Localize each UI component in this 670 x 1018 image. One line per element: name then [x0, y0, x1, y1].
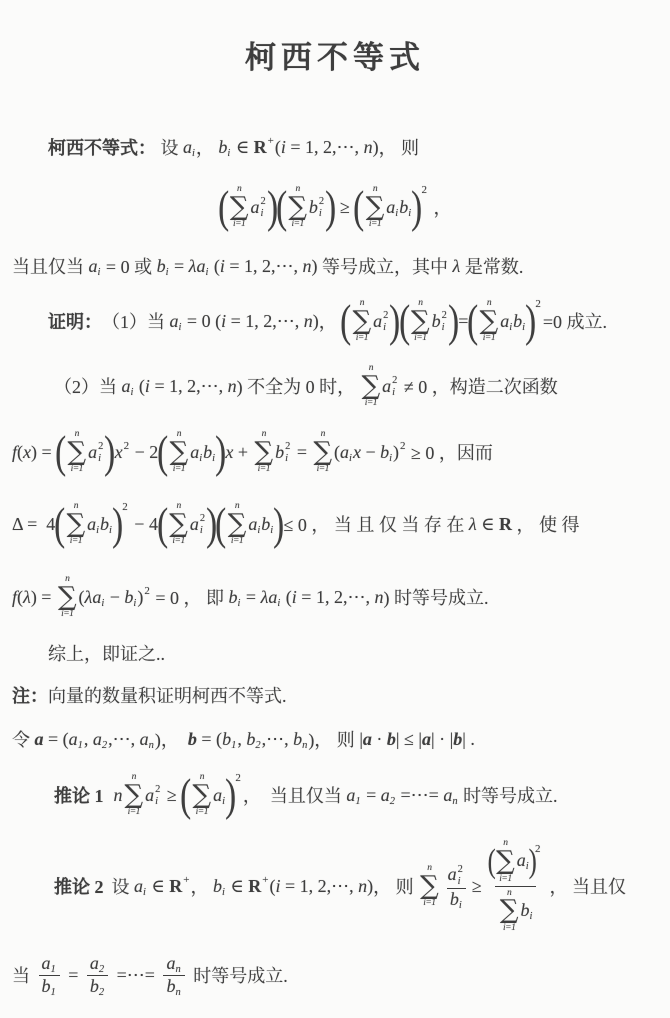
statement-line: 柯西不等式： 设 ai， bi ∈ R+(i = 1, 2,⋯, n)， 则: [12, 123, 658, 171]
text-run: （2）当: [54, 373, 122, 399]
subscript: i: [529, 911, 532, 923]
text-run: 设: [112, 873, 135, 899]
vector-form: 令 a = (a1, a2,⋯, an)， b = (b1, b2,⋯, bn)…: [12, 715, 658, 763]
text-run: = (: [44, 729, 69, 750]
summation-symbol: n∑i=1: [362, 363, 381, 410]
text-run: | .: [462, 729, 475, 750]
fraction: a1b1: [39, 953, 60, 998]
text-run: ， 则: [379, 134, 420, 160]
subscript: i: [131, 387, 134, 398]
math-variable: a: [90, 954, 99, 974]
text-run: =0 成立.: [543, 308, 607, 334]
math-variable: b: [309, 197, 318, 218]
text-run: (: [134, 376, 145, 397]
text-run: )，: [155, 726, 188, 752]
subscript: i: [395, 208, 398, 219]
summation-symbol: n∑i=1: [67, 501, 86, 548]
big-paren-left: (: [399, 303, 410, 340]
text-run: 向量的数量积证明柯西不等式.: [48, 682, 287, 708]
equality-condition: 当且仅当 ai = 0 或 bi = λai (i = 1, 2,⋯, n) 等…: [12, 243, 658, 289]
corollary-2-continued: 当 a1b1 = a2b2 =⋯= anbn 时等号成立.: [12, 945, 658, 1005]
main-inequality: (n∑i=1a2i)(n∑i=1b2i) ≥ (n∑i=1aibi)2 ，: [12, 171, 658, 243]
superscript: +: [268, 135, 274, 147]
text-run: (: [209, 256, 220, 277]
text-run: 柯西不等式：: [48, 134, 156, 160]
subscript: n: [175, 964, 180, 976]
text-run: 时等号成立.: [459, 782, 558, 808]
math-variable: a: [134, 876, 143, 897]
math-variable: n: [114, 785, 123, 806]
text-run: ): [393, 442, 399, 463]
text-run: ， 当且仅当: [243, 782, 347, 808]
text-run: =⋯=: [396, 785, 443, 806]
document-page: 柯西不等式 柯西不等式： 设 ai， bi ∈ R+(i = 1, 2,⋯, n…: [0, 0, 670, 1018]
superscript: 2: [144, 585, 150, 597]
big-paren-left: (: [216, 506, 227, 543]
sub-sup-stack: 2i: [392, 375, 397, 399]
big-paren-left: (: [180, 777, 191, 814]
text-run: 是常数.: [460, 253, 523, 279]
math-variable: b: [42, 977, 51, 997]
text-run: ≥ 0 ，因而: [407, 439, 493, 465]
superscript: 2: [400, 440, 406, 452]
text-run: ,: [84, 729, 93, 750]
summation-symbol: n∑i=1: [255, 429, 274, 476]
subscript: 1: [51, 987, 56, 999]
math-variable: x: [225, 442, 233, 463]
text-run: = 0 (: [182, 311, 221, 332]
bold-symbol: R: [169, 876, 182, 897]
text-run: 令: [12, 726, 35, 752]
math-variable: n: [303, 256, 312, 277]
text-run: = 0 ， 即: [151, 584, 229, 610]
text-run: − 2: [130, 442, 158, 463]
summation-symbol: n∑i=1: [288, 184, 307, 231]
text-run: = 0 或: [101, 253, 156, 279]
big-paren-left: (: [487, 848, 495, 875]
math-variable: x: [115, 442, 123, 463]
math-variable: a: [340, 442, 349, 463]
math-variable: b: [246, 729, 255, 750]
summation-symbol: n∑i=1: [366, 184, 385, 231]
summation-symbol: n∑i=1: [125, 772, 144, 819]
math-variable: a: [89, 256, 98, 277]
math-variable: x: [23, 442, 31, 463]
paren-exponent: 2: [235, 772, 241, 784]
text-run: −: [361, 442, 380, 463]
sub-sup-stack: 2i: [442, 310, 447, 334]
text-run: = 1, 2,⋯,: [226, 311, 304, 332]
text-run: ≥: [335, 197, 354, 218]
math-variable: b: [275, 442, 284, 463]
subscript: n: [149, 740, 154, 751]
text-run: 注：: [12, 682, 48, 708]
text-run: =: [170, 256, 189, 277]
math-variable: b: [213, 876, 222, 897]
math-variable: b: [157, 256, 166, 277]
sub-sup-stack: 2i: [98, 441, 103, 465]
big-paren-left: (: [157, 506, 168, 543]
text-run: 推论 2: [54, 873, 104, 899]
text-run: 当: [12, 962, 35, 988]
math-variable: n: [358, 876, 367, 897]
sub-sup-stack: 2i: [383, 310, 388, 334]
big-paren-left: (: [218, 189, 229, 226]
discriminant: Δ = 4(n∑i=1aibi)2 − 4(n∑i=1a2i)(n∑i=1aib…: [12, 485, 658, 563]
text-run: ) =: [31, 442, 56, 463]
text-run: ) 时等号成立.: [383, 584, 488, 610]
math-variable: a: [69, 729, 78, 750]
fraction: a2ibi: [445, 862, 468, 911]
big-paren-right: ): [273, 506, 284, 543]
math-variable: a: [88, 442, 97, 463]
text-run: =: [241, 587, 260, 608]
corollary-2: 推论 2设 ai ∈ R+， bi ∈ R+(i = 1, 2,⋯, n)， 则…: [12, 827, 658, 945]
subscript: 2: [255, 740, 260, 751]
text-run: ∈: [226, 876, 248, 897]
quadratic-function: f(x) = (n∑i=1a2i)x2 − 2(n∑i=1aibi)x + n∑…: [12, 419, 658, 485]
summation-symbol: n∑i=1: [480, 298, 499, 345]
text-run: | · |: [431, 729, 453, 750]
math-variable: a: [517, 851, 526, 871]
text-run: ， 则: [373, 873, 418, 899]
text-run: ) =: [31, 587, 56, 608]
text-run: = (: [197, 729, 222, 750]
text-run: Δ = 4: [12, 514, 55, 535]
text-run: ,⋯,: [108, 729, 140, 750]
subscript: 2: [99, 964, 104, 976]
text-run: ,⋯,: [262, 729, 294, 750]
sub-sup-stack: 2i: [319, 196, 324, 220]
math-variable: b: [399, 197, 408, 218]
math-variable: b: [453, 729, 462, 750]
subscript: i: [349, 453, 352, 464]
subscript: 1: [78, 740, 83, 751]
math-variable: n: [364, 137, 373, 158]
text-run: )， 则: [308, 726, 359, 752]
text-run: ，: [190, 873, 213, 899]
text-run: ·: [372, 729, 387, 750]
math-variable: b: [188, 729, 197, 750]
superscript: +: [262, 874, 268, 886]
math-variable: b: [380, 442, 389, 463]
paren-exponent: 2: [122, 501, 128, 513]
subscript: 2: [99, 987, 104, 999]
proof-case1: 证明：（1）当 ai = 0 (i = 1, 2,⋯, n)， (n∑i=1a2…: [12, 289, 658, 353]
text-run: ≤ 0 ， 当 且 仅 当 存 在: [283, 511, 468, 537]
subscript: 2: [102, 740, 107, 751]
text-run: ≠ 0 ，构造二次函数: [399, 373, 557, 399]
subscript: n: [452, 796, 457, 807]
subscript: i: [257, 525, 260, 536]
text-run: ∈: [477, 514, 499, 535]
math-variable: a: [373, 311, 382, 332]
math-variable: a: [382, 376, 391, 397]
math-variable: b: [90, 977, 99, 997]
math-variable: b: [100, 514, 109, 535]
math-variable: a: [500, 311, 509, 332]
summation-symbol: n∑i=1: [353, 298, 372, 345]
math-variable: a: [386, 197, 395, 218]
math-variable: b: [387, 729, 396, 750]
bold-symbol: R: [499, 514, 512, 535]
subscript: i: [222, 887, 225, 898]
math-variable: a: [268, 587, 277, 608]
math-variable: a: [35, 729, 44, 750]
subscript: i: [192, 148, 195, 159]
text-run: ， 当且仅: [549, 873, 626, 899]
summation-symbol: n∑i=1: [58, 574, 77, 621]
math-variable: b: [222, 729, 231, 750]
math-variable: a: [443, 785, 452, 806]
big-paren-left: (: [276, 189, 287, 226]
math-variable: a: [87, 514, 96, 535]
text-run: =: [64, 965, 83, 986]
subscript: i: [143, 887, 146, 898]
text-run: = 1, 2,⋯,: [280, 876, 358, 897]
math-variable: n: [304, 311, 313, 332]
math-variable: λ: [453, 256, 461, 277]
text-run: −: [105, 587, 124, 608]
subscript: i: [509, 322, 512, 333]
summation-symbol: n∑i=1: [313, 429, 332, 476]
subscript: 2: [390, 796, 395, 807]
math-variable: a: [448, 865, 457, 885]
paren-exponent: 2: [535, 843, 541, 855]
summation-symbol: n∑i=1: [420, 863, 439, 910]
subscript: 1: [355, 796, 360, 807]
summation-symbol: n∑i=1: [230, 184, 249, 231]
sub-sup-stack: 2i: [260, 196, 265, 220]
text-run: =: [292, 442, 311, 463]
math-variable: b: [293, 729, 302, 750]
subscript: i: [98, 267, 101, 278]
text-run: 证明：: [48, 308, 102, 334]
math-variable: a: [363, 729, 372, 750]
subscript: i: [277, 598, 280, 609]
big-paren-right: ): [325, 189, 336, 226]
fraction: anbn: [163, 953, 184, 998]
math-variable: a: [122, 376, 131, 397]
big-paren-left: (: [340, 303, 351, 340]
text-run: ，: [429, 194, 452, 220]
page-title: 柯西不等式: [12, 32, 658, 77]
text-run: =⋯=: [112, 965, 159, 986]
text-run: = 1, 2,⋯,: [225, 256, 303, 277]
sub-sup-stack: 2i: [200, 513, 205, 537]
text-run: ): [137, 587, 143, 608]
text-run: − 4: [130, 514, 158, 535]
text-run: = 1, 2,⋯,: [286, 137, 364, 158]
math-variable: a: [248, 514, 257, 535]
math-variable: a: [190, 442, 199, 463]
subscript: i: [205, 267, 208, 278]
math-variable: λ: [23, 587, 31, 608]
text-run: +: [233, 442, 252, 463]
text-run: ∈: [231, 137, 253, 158]
math-variable: a: [170, 311, 179, 332]
big-paren-left: (: [55, 434, 66, 471]
text-run: ) 不全为 0 时，: [237, 373, 360, 399]
sub-sup-stack: 2i: [155, 784, 160, 808]
sub-sup-stack: 2i: [285, 441, 290, 465]
subscript: i: [199, 453, 202, 464]
math-variable: x: [353, 442, 361, 463]
text-run: 设: [156, 134, 183, 160]
big-paren-left: (: [157, 434, 168, 471]
math-variable: a: [346, 785, 355, 806]
subscript: i: [179, 322, 182, 333]
text-run: 综上，即证之..: [48, 640, 165, 666]
bold-symbol: R: [254, 137, 267, 158]
subscript: i: [389, 453, 392, 464]
math-variable: b: [513, 311, 522, 332]
math-variable: a: [92, 587, 101, 608]
paren-exponent: 2: [535, 298, 541, 310]
big-paren-left: (: [467, 303, 478, 340]
corollary-1: 推论 1nn∑i=1a2i ≥ (n∑i=1ai)2， 当且仅当 a1 = a2…: [12, 763, 658, 827]
text-run: ， 使 得: [512, 511, 580, 537]
text-run: 时等号成立.: [189, 962, 288, 988]
big-paren-left: (: [54, 506, 65, 543]
text-run: | ≤ |: [396, 729, 422, 750]
text-run: = 1, 2,⋯,: [297, 587, 375, 608]
math-variable: a: [381, 785, 390, 806]
text-run: （1）当: [102, 308, 170, 334]
subscript: i: [101, 598, 104, 609]
conclusion: 综上，即证之..: [12, 631, 658, 675]
summation-symbol: n∑i=1: [411, 298, 430, 345]
math-variable: n: [228, 376, 237, 397]
big-paren-left: (: [354, 189, 365, 226]
fraction: a2b2: [87, 953, 108, 998]
superscript: 2: [124, 440, 130, 452]
text-run: ≥: [162, 785, 181, 806]
text-run: ，: [319, 308, 342, 334]
math-variable: a: [213, 785, 222, 806]
summation-symbol: n∑i=1: [169, 501, 188, 548]
note: 注：向量的数量积证明柯西不等式.: [12, 675, 658, 715]
math-variable: a: [190, 514, 199, 535]
big-paren-right: ): [448, 303, 459, 340]
subscript: n: [302, 740, 307, 751]
text-run: (: [281, 587, 292, 608]
subscript: i: [237, 598, 240, 609]
summation-symbol: n∑i=1: [170, 429, 189, 476]
bold-symbol: R: [248, 876, 261, 897]
math-variable: b: [432, 311, 441, 332]
math-variable: a: [93, 729, 102, 750]
subscript: i: [227, 148, 230, 159]
summation-symbol: n∑i=1: [500, 888, 519, 935]
math-variable: a: [140, 729, 149, 750]
text-run: ≥: [472, 876, 482, 897]
math-variable: a: [250, 197, 259, 218]
math-variable: a: [145, 785, 154, 806]
math-variable: b: [203, 442, 212, 463]
summation-symbol: n∑i=1: [228, 501, 247, 548]
math-variable: a: [422, 729, 431, 750]
text-run: 等号成立，其中: [318, 253, 453, 279]
subscript: i: [459, 900, 462, 912]
subscript: 1: [231, 740, 236, 751]
subscript: 1: [51, 964, 56, 976]
summation-symbol: n∑i=1: [68, 429, 87, 476]
superscript: +: [183, 874, 189, 886]
big-paren-right: ): [104, 434, 115, 471]
summation-symbol: n∑i=1: [193, 772, 212, 819]
subscript: i: [133, 598, 136, 609]
text-run: ∈: [147, 876, 169, 897]
math-variable: b: [261, 514, 270, 535]
sub-sup-stack: 2i: [458, 864, 463, 888]
text-run: = 1, 2,⋯,: [150, 376, 228, 397]
math-variable: a: [183, 137, 192, 158]
text-run: 推论 1: [54, 782, 104, 808]
subscript: i: [96, 525, 99, 536]
math-variable: a: [42, 954, 51, 974]
paren-exponent: 2: [421, 184, 427, 196]
math-variable: λ: [469, 514, 477, 535]
lambda-equation: f(λ) = n∑i=1(λai − bi)2 = 0 ， 即 bi = λai…: [12, 563, 658, 631]
big-paren-right: ): [215, 434, 226, 471]
fraction: (n∑i=1ai)2n∑i=1bi: [486, 837, 546, 935]
proof-case2: （2）当 ai (i = 1, 2,⋯, n) 不全为 0 时， n∑i=1a2…: [12, 353, 658, 419]
math-variable: b: [450, 890, 459, 910]
subscript: n: [175, 987, 180, 999]
subscript: i: [166, 267, 169, 278]
summation-symbol: n∑i=1: [496, 838, 515, 885]
text-run: ,: [237, 729, 246, 750]
text-run: ，: [196, 134, 219, 160]
text-run: =: [362, 785, 381, 806]
text-run: 当且仅当: [12, 253, 89, 279]
